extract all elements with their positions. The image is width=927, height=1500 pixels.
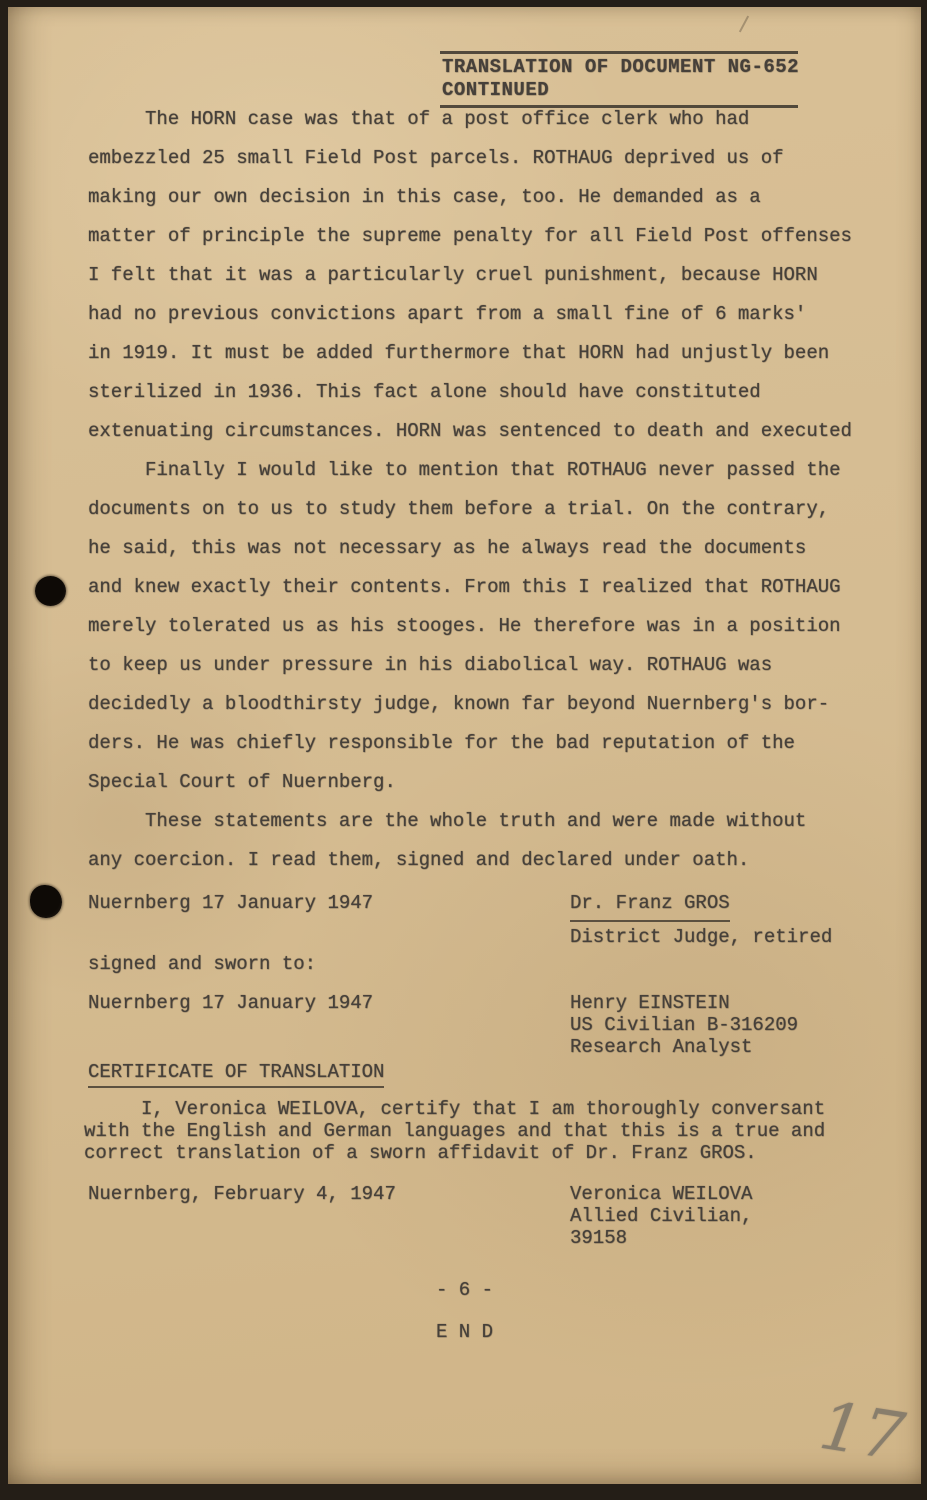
certificate-line: with the English and German languages an… bbox=[84, 1120, 825, 1142]
body-line: matter of principle the supreme penalty … bbox=[88, 217, 852, 256]
signature-block-weilova: Nuernberg, February 4, 1947 Veronica WEI… bbox=[88, 1183, 888, 1205]
certificate-date: Nuernberg, February 4, 1947 bbox=[88, 1183, 888, 1205]
header-title: TRANSLATION OF DOCUMENT NG-652 bbox=[442, 56, 798, 79]
header-continued: CONTINUED bbox=[442, 79, 798, 102]
witness-id: US Civilian B-316209 bbox=[570, 1014, 798, 1036]
body-line: sterilized in 1936. This fact alone shou… bbox=[88, 373, 852, 412]
signatory-title: District Judge, retired bbox=[570, 922, 832, 952]
witness-title: Research Analyst bbox=[570, 1036, 798, 1058]
scan-artifact bbox=[739, 16, 749, 33]
body-line: embezzled 25 small Field Post parcels. R… bbox=[88, 139, 852, 178]
translator-details: Veronica WEILOVA Allied Civilian, 39158 bbox=[570, 1183, 752, 1249]
body-line: extenuating circumstances. HORN was sent… bbox=[88, 412, 852, 451]
certificate-line: I, Veronica WEILOVA, certify that I am t… bbox=[84, 1098, 825, 1120]
body-line: making our own decision in this case, to… bbox=[88, 178, 852, 217]
witness-details: Henry EINSTEIN US Civilian B-316209 Rese… bbox=[570, 992, 798, 1058]
translator-title: Allied Civilian, bbox=[570, 1205, 752, 1227]
document-page: TRANSLATION OF DOCUMENT NG-652 CONTINUED… bbox=[8, 7, 921, 1484]
body-line: The HORN case was that of a post office … bbox=[88, 100, 852, 139]
oath-line: any coercion. I read them, signed and de… bbox=[88, 841, 852, 880]
body-line: decidedly a bloodthirsty judge, known fa… bbox=[88, 685, 852, 724]
body-line: he said, this was not necessary as he al… bbox=[88, 529, 852, 568]
page-number-container: - 6 - bbox=[8, 1279, 921, 1301]
signature-block-einstein: Nuernberg 17 January 1947 Henry EINSTEIN… bbox=[88, 992, 888, 1014]
signatory-name: Dr. Franz GROS bbox=[570, 888, 730, 922]
body-line: Finally I would like to mention that ROT… bbox=[88, 451, 852, 490]
body-line: had no previous convictions apart from a… bbox=[88, 295, 852, 334]
signature-block-gros: Nuernberg 17 January 1947 Dr. Franz GROS… bbox=[88, 888, 888, 918]
body-line: Special Court of Nuernberg. bbox=[88, 763, 852, 802]
sworn-label: signed and sworn to: bbox=[88, 953, 316, 975]
affidavit-body: The HORN case was that of a post office … bbox=[88, 100, 852, 880]
body-line: I felt that it was a particularly cruel … bbox=[88, 256, 852, 295]
body-line: to keep us under pressure in his diaboli… bbox=[88, 646, 852, 685]
body-line: ders. He was chiefly responsible for the… bbox=[88, 724, 852, 763]
body-line: in 1919. It must be added furthermore th… bbox=[88, 334, 852, 373]
end-mark: E N D bbox=[436, 1321, 493, 1343]
witness-name: Henry EINSTEIN bbox=[570, 992, 798, 1014]
sworn-statement: signed and sworn to: bbox=[88, 953, 316, 975]
hole-punch-icon bbox=[35, 576, 66, 606]
end-mark-container: E N D bbox=[8, 1321, 921, 1343]
certificate-paragraph: I, Veronica WEILOVA, certify that I am t… bbox=[84, 1098, 825, 1164]
body-line: merely tolerated us as his stooges. He t… bbox=[88, 607, 852, 646]
translator-name: Veronica WEILOVA bbox=[570, 1183, 752, 1205]
certificate-heading-text: CERTIFICATE OF TRANSLATION bbox=[88, 1060, 384, 1088]
body-line: and knew exactly their contents. From th… bbox=[88, 568, 852, 607]
handwritten-page-number: 17 bbox=[814, 1387, 909, 1476]
certificate-line: correct translation of a sworn affidavit… bbox=[84, 1142, 825, 1164]
page-number: - 6 - bbox=[436, 1279, 493, 1301]
signatory-details: Dr. Franz GROS District Judge, retired bbox=[570, 888, 832, 952]
body-line: documents on to us to study them before … bbox=[88, 490, 852, 529]
hole-punch-icon bbox=[30, 885, 62, 918]
translator-id: 39158 bbox=[570, 1227, 752, 1249]
oath-line: These statements are the whole truth and… bbox=[88, 802, 852, 841]
certificate-heading: CERTIFICATE OF TRANSLATION bbox=[88, 1060, 384, 1088]
scan-background: TRANSLATION OF DOCUMENT NG-652 CONTINUED… bbox=[0, 0, 927, 1500]
